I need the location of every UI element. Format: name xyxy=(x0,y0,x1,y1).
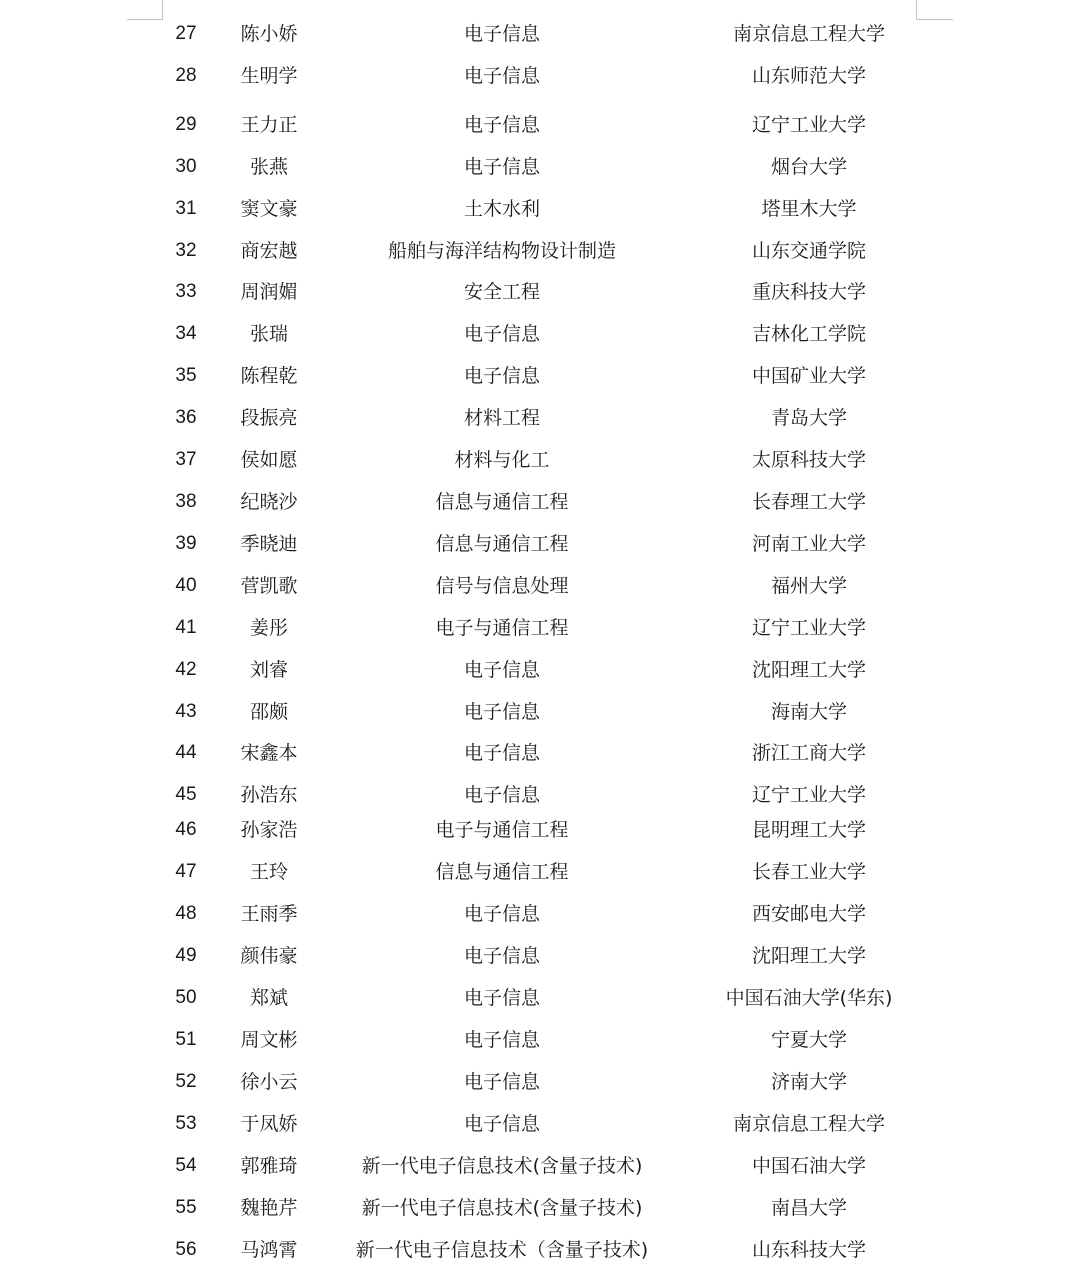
table-row: 27 陈小娇 电子信息 南京信息工程大学 xyxy=(0,19,1079,49)
row-number: 56 xyxy=(175,1235,196,1265)
major: 电子信息 xyxy=(464,152,540,182)
university: 海南大学 xyxy=(771,697,847,727)
table-row: 33 周润媚 安全工程 重庆科技大学 xyxy=(0,277,1079,307)
row-number: 44 xyxy=(175,738,196,768)
row-number: 43 xyxy=(175,697,196,727)
university: 中国石油大学 xyxy=(752,1151,866,1181)
row-number: 35 xyxy=(175,361,196,391)
table-row: 39 季晓迪 信息与通信工程 河南工业大学 xyxy=(0,529,1079,559)
table-row: 42 刘睿 电子信息 沈阳理工大学 xyxy=(0,655,1079,685)
university: 重庆科技大学 xyxy=(752,277,866,307)
major: 电子信息 xyxy=(464,655,540,685)
table-row: 32 商宏越 船舶与海洋结构物设计制造 山东交通学院 xyxy=(0,236,1079,266)
row-number: 45 xyxy=(175,780,196,810)
table-row: 47 王玲 信息与通信工程 长春工业大学 xyxy=(0,857,1079,887)
major: 电子信息 xyxy=(464,697,540,727)
table-row: 36 段振亮 材料工程 青岛大学 xyxy=(0,403,1079,433)
university: 太原科技大学 xyxy=(752,445,866,475)
major: 电子信息 xyxy=(464,110,540,140)
admission-list-table: 27 陈小娇 电子信息 南京信息工程大学 28 生明学 电子信息 山东师范大学 … xyxy=(0,0,1079,1277)
table-row: 35 陈程乾 电子信息 中国矿业大学 xyxy=(0,361,1079,391)
student-name: 孙浩东 xyxy=(240,780,297,810)
row-number: 51 xyxy=(175,1025,196,1055)
row-number: 40 xyxy=(175,571,196,601)
student-name: 马鸿霄 xyxy=(240,1235,297,1265)
table-row: 56 马鸿霄 新一代电子信息技术（含量子技术) 山东科技大学 xyxy=(0,1235,1079,1265)
major: 电子信息 xyxy=(464,319,540,349)
student-name: 孙家浩 xyxy=(240,815,297,845)
university: 宁夏大学 xyxy=(771,1025,847,1055)
student-name: 徐小云 xyxy=(240,1067,297,1097)
university: 辽宁工业大学 xyxy=(752,613,866,643)
university: 吉林化工学院 xyxy=(752,319,866,349)
major: 电子信息 xyxy=(464,983,540,1013)
table-row: 50 郑斌 电子信息 中国石油大学(华东) xyxy=(0,983,1079,1013)
major: 船舶与海洋结构物设计制造 xyxy=(388,236,616,266)
row-number: 52 xyxy=(175,1067,196,1097)
row-number: 36 xyxy=(175,403,196,433)
table-row: 54 郭雅琦 新一代电子信息技术(含量子技术) 中国石油大学 xyxy=(0,1151,1079,1181)
major: 材料工程 xyxy=(464,403,540,433)
university: 浙江工商大学 xyxy=(752,738,866,768)
university: 沈阳理工大学 xyxy=(752,655,866,685)
table-row: 45 孙浩东 电子信息 辽宁工业大学 xyxy=(0,780,1079,810)
row-number: 47 xyxy=(175,857,196,887)
row-number: 27 xyxy=(175,19,196,49)
student-name: 刘睿 xyxy=(250,655,288,685)
major: 信息与通信工程 xyxy=(435,487,568,517)
student-name: 陈小娇 xyxy=(240,19,297,49)
student-name: 段振亮 xyxy=(240,403,297,433)
student-name: 郑斌 xyxy=(250,983,288,1013)
row-number: 49 xyxy=(175,941,196,971)
student-name: 姜彤 xyxy=(250,613,288,643)
table-row: 49 颜伟豪 电子信息 沈阳理工大学 xyxy=(0,941,1079,971)
university: 烟台大学 xyxy=(771,152,847,182)
table-row: 29 王力正 电子信息 辽宁工业大学 xyxy=(0,110,1079,140)
row-number: 34 xyxy=(175,319,196,349)
major: 电子信息 xyxy=(464,941,540,971)
university: 青岛大学 xyxy=(771,403,847,433)
table-row: 38 纪晓沙 信息与通信工程 长春理工大学 xyxy=(0,487,1079,517)
major: 土木水利 xyxy=(464,194,540,224)
row-number: 29 xyxy=(175,110,196,140)
student-name: 周文彬 xyxy=(240,1025,297,1055)
major: 信号与信息处理 xyxy=(435,571,568,601)
table-row: 48 王雨季 电子信息 西安邮电大学 xyxy=(0,899,1079,929)
major: 信息与通信工程 xyxy=(435,857,568,887)
table-row: 46 孙家浩 电子与通信工程 昆明理工大学 xyxy=(0,815,1079,845)
major: 新一代电子信息技术（含量子技术) xyxy=(356,1235,648,1265)
major: 电子信息 xyxy=(464,61,540,91)
table-row: 28 生明学 电子信息 山东师范大学 xyxy=(0,61,1079,91)
student-name: 季晓迪 xyxy=(240,529,297,559)
student-name: 邵颇 xyxy=(250,697,288,727)
major: 电子信息 xyxy=(464,361,540,391)
major: 电子信息 xyxy=(464,780,540,810)
table-row: 31 窦文豪 土木水利 塔里木大学 xyxy=(0,194,1079,224)
student-name: 宋鑫本 xyxy=(240,738,297,768)
university: 中国矿业大学 xyxy=(752,361,866,391)
major: 信息与通信工程 xyxy=(435,529,568,559)
university: 塔里木大学 xyxy=(761,194,856,224)
student-name: 于凤娇 xyxy=(240,1109,297,1139)
university: 辽宁工业大学 xyxy=(752,110,866,140)
university: 山东交通学院 xyxy=(752,236,866,266)
student-name: 颜伟豪 xyxy=(240,941,297,971)
row-number: 32 xyxy=(175,236,196,266)
university: 福州大学 xyxy=(771,571,847,601)
table-row: 34 张瑞 电子信息 吉林化工学院 xyxy=(0,319,1079,349)
row-number: 37 xyxy=(175,445,196,475)
university: 长春工业大学 xyxy=(752,857,866,887)
row-number: 39 xyxy=(175,529,196,559)
table-row: 53 于凤娇 电子信息 南京信息工程大学 xyxy=(0,1109,1079,1139)
university: 西安邮电大学 xyxy=(752,899,866,929)
table-row: 44 宋鑫本 电子信息 浙江工商大学 xyxy=(0,738,1079,768)
row-number: 30 xyxy=(175,152,196,182)
university: 南昌大学 xyxy=(771,1193,847,1223)
table-row: 51 周文彬 电子信息 宁夏大学 xyxy=(0,1025,1079,1055)
major: 电子信息 xyxy=(464,1109,540,1139)
row-number: 33 xyxy=(175,277,196,307)
university: 南京信息工程大学 xyxy=(733,1109,885,1139)
row-number: 54 xyxy=(175,1151,196,1181)
student-name: 王玲 xyxy=(250,857,288,887)
student-name: 窦文豪 xyxy=(240,194,297,224)
student-name: 菅凯歌 xyxy=(240,571,297,601)
university: 沈阳理工大学 xyxy=(752,941,866,971)
row-number: 38 xyxy=(175,487,196,517)
student-name: 张燕 xyxy=(250,152,288,182)
row-number: 28 xyxy=(175,61,196,91)
student-name: 郭雅琦 xyxy=(240,1151,297,1181)
student-name: 生明学 xyxy=(240,61,297,91)
major: 电子信息 xyxy=(464,1025,540,1055)
table-row: 43 邵颇 电子信息 海南大学 xyxy=(0,697,1079,727)
student-name: 王力正 xyxy=(240,110,297,140)
table-row: 37 侯如愿 材料与化工 太原科技大学 xyxy=(0,445,1079,475)
university: 长春理工大学 xyxy=(752,487,866,517)
major: 电子与通信工程 xyxy=(435,613,568,643)
major: 材料与化工 xyxy=(454,445,549,475)
row-number: 48 xyxy=(175,899,196,929)
major: 电子信息 xyxy=(464,19,540,49)
row-number: 42 xyxy=(175,655,196,685)
major: 新一代电子信息技术(含量子技术) xyxy=(362,1151,643,1181)
student-name: 张瑞 xyxy=(250,319,288,349)
university: 山东师范大学 xyxy=(752,61,866,91)
major: 电子与通信工程 xyxy=(435,815,568,845)
university: 河南工业大学 xyxy=(752,529,866,559)
row-number: 41 xyxy=(175,613,196,643)
student-name: 魏艳芹 xyxy=(240,1193,297,1223)
student-name: 周润媚 xyxy=(240,277,297,307)
table-row: 30 张燕 电子信息 烟台大学 xyxy=(0,152,1079,182)
row-number: 53 xyxy=(175,1109,196,1139)
major: 安全工程 xyxy=(464,277,540,307)
university: 昆明理工大学 xyxy=(752,815,866,845)
student-name: 纪晓沙 xyxy=(240,487,297,517)
student-name: 侯如愿 xyxy=(240,445,297,475)
student-name: 王雨季 xyxy=(240,899,297,929)
table-row: 40 菅凯歌 信号与信息处理 福州大学 xyxy=(0,571,1079,601)
university: 中国石油大学(华东) xyxy=(726,983,893,1013)
university: 山东科技大学 xyxy=(752,1235,866,1265)
table-row: 55 魏艳芹 新一代电子信息技术(含量子技术) 南昌大学 xyxy=(0,1193,1079,1223)
major: 电子信息 xyxy=(464,899,540,929)
major: 新一代电子信息技术(含量子技术) xyxy=(362,1193,643,1223)
table-row: 41 姜彤 电子与通信工程 辽宁工业大学 xyxy=(0,613,1079,643)
row-number: 46 xyxy=(175,815,196,845)
university: 济南大学 xyxy=(771,1067,847,1097)
row-number: 55 xyxy=(175,1193,196,1223)
university: 南京信息工程大学 xyxy=(733,19,885,49)
row-number: 50 xyxy=(175,983,196,1013)
student-name: 商宏越 xyxy=(240,236,297,266)
student-name: 陈程乾 xyxy=(240,361,297,391)
university: 辽宁工业大学 xyxy=(752,780,866,810)
table-row: 52 徐小云 电子信息 济南大学 xyxy=(0,1067,1079,1097)
major: 电子信息 xyxy=(464,738,540,768)
major: 电子信息 xyxy=(464,1067,540,1097)
row-number: 31 xyxy=(175,194,196,224)
